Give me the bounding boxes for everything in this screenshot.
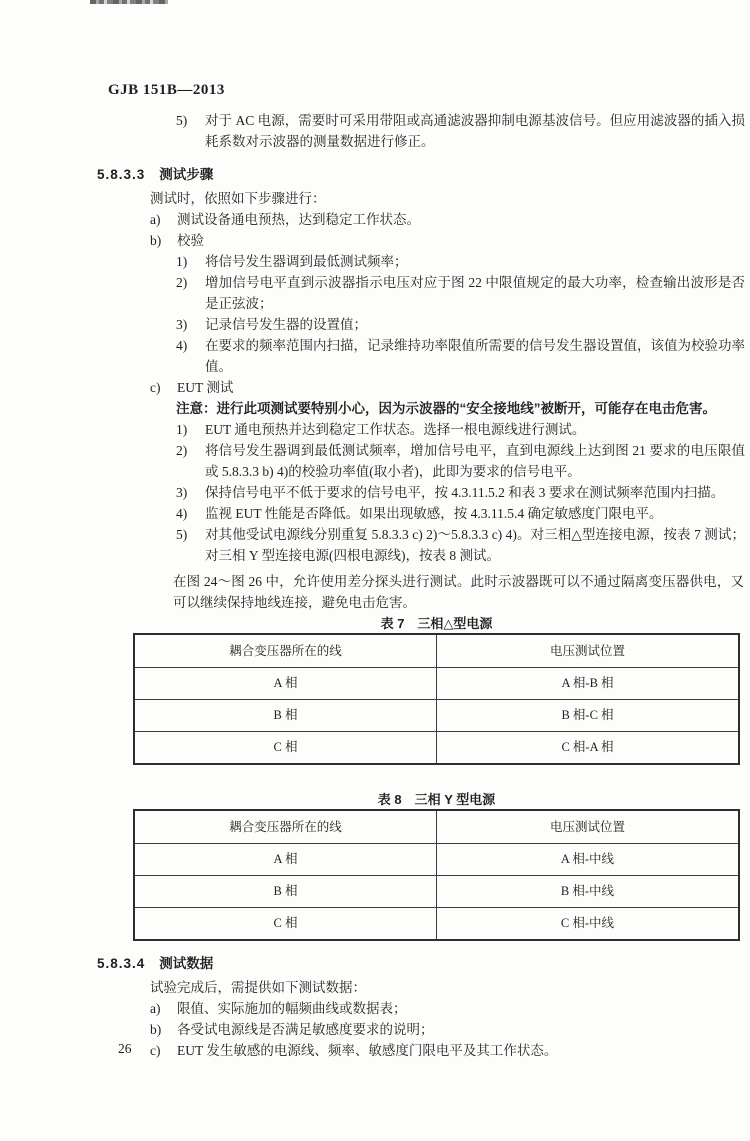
table-cell: C 相-A 相 [437,732,740,765]
list-item-text: 测试设备通电预热，达到稳定工作状态。 [177,209,750,230]
list-item-text: 监视 EUT 性能是否降低。如果出现敏感，按 4.3.11.5.4 确定敏感度门… [205,503,750,524]
list-marker: b) [150,230,177,251]
page-body: 5) 对于 AC 电源，需要时可采用带阻或高通滤波器抑制电源基波信号。但应用滤波… [0,0,750,1061]
list-marker: c) [150,377,177,398]
closing-paragraph: 在图 24～图 26 中，允许使用差分探头进行测试。此时示波器既可以不通过隔离变… [0,571,750,613]
table-cell: A 相-B 相 [437,668,740,700]
list-item-text: 保持信号电平不低于要求的信号电平，按 4.3.11.5.2 和表 3 要求在测试… [205,482,750,503]
data-item-a: a) 限值、实际施加的幅频曲线或数据表； [0,998,750,1019]
eut-step-1: 1) EUT 通电预热并达到稳定工作状态。选择一根电源线进行测试。 [0,419,750,440]
eut-step-5: 5) 对其他受试电源线分别重复 5.8.3.3 c) 2)～5.8.3.3 c)… [0,524,750,566]
list-item-text: EUT 发生敏感的电源线、频率、敏感度门限电平及其工作状态。 [177,1040,750,1061]
list-item-b: b) 校验 [0,230,750,251]
list-item-text: 增加信号电平直到示波器指示电压对应于图 22 中限值规定的最大功率，检查输出波形… [205,272,750,314]
list-item-text: 对于 AC 电源，需要时可采用带阻或高通滤波器抑制电源基波信号。但应用滤波器的插… [205,110,750,152]
list-marker: 1) [176,419,205,440]
table-header-cell: 电压测试位置 [437,810,740,844]
table-header-row: 耦合变压器所在的线 电压测试位置 [134,810,739,844]
list-item-5-carryover: 5) 对于 AC 电源，需要时可采用带阻或高通滤波器抑制电源基波信号。但应用滤波… [0,110,750,152]
list-item-text: 对其他受试电源线分别重复 5.8.3.3 c) 2)～5.8.3.3 c) 4)… [205,524,750,566]
table-cell: B 相 [134,876,437,908]
calibration-step-1: 1) 将信号发生器调到最低测试频率； [0,251,750,272]
table-row: A 相 A 相-B 相 [134,668,739,700]
table8-caption: 表 8 三相 Y 型电源 [133,789,740,809]
safety-warning-note: 注意：进行此项测试要特别小心，因为示波器的“安全接地线”被断开，可能存在电击危害… [0,398,750,419]
list-marker: 2) [176,440,205,482]
list-item-text: 将信号发生器调到最低测试频率； [205,251,750,272]
list-marker: 5) [176,524,205,566]
list-marker: 4) [176,503,205,524]
table-header-cell: 耦合变压器所在的线 [134,810,437,844]
list-marker: 3) [176,314,205,335]
list-marker: 4) [176,335,205,377]
list-item-text: 限值、实际施加的幅频曲线或数据表； [177,998,750,1019]
list-item-a: a) 测试设备通电预热，达到稳定工作状态。 [0,209,750,230]
list-marker: 2) [176,272,205,314]
table-cell: A 相 [134,844,437,876]
table7-caption: 表 7 三相△型电源 [133,613,740,633]
list-item-c: c) EUT 测试 [0,377,750,398]
data-item-b: b) 各受试电源线是否满足敏感度要求的说明； [0,1019,750,1040]
table-row: C 相 C 相-中线 [134,908,739,941]
table-header-cell: 耦合变压器所在的线 [134,634,437,668]
list-marker: 5) [176,110,205,152]
list-marker: a) [150,998,177,1019]
table-cell: C 相 [134,732,437,765]
calibration-step-2: 2) 增加信号电平直到示波器指示电压对应于图 22 中限值规定的最大功率，检查输… [0,272,750,314]
eut-step-3: 3) 保持信号电平不低于要求的信号电平，按 4.3.11.5.2 和表 3 要求… [0,482,750,503]
section-intro: 试验完成后，需提供如下测试数据： [0,977,750,998]
table-row: B 相 B 相-中线 [134,876,739,908]
section-title: 测试步骤 [159,167,213,182]
table-cell: B 相-C 相 [437,700,740,732]
list-marker: b) [150,1019,177,1040]
table-cell: C 相 [134,908,437,941]
document-page: GJB 151B—2013 5) 对于 AC 电源，需要时可采用带阻或高通滤波器… [0,0,750,1141]
section-intro: 测试时，依照如下步骤进行： [0,188,750,209]
list-marker: 3) [176,482,205,503]
table8-wye-power: 耦合变压器所在的线 电压测试位置 A 相 A 相-中线 B 相 B 相-中线 C… [133,809,740,941]
table7-delta-power: 耦合变压器所在的线 电压测试位置 A 相 A 相-B 相 B 相 B 相-C 相… [133,633,740,765]
data-item-c: c) EUT 发生敏感的电源线、频率、敏感度门限电平及其工作状态。 [0,1040,750,1061]
table-cell: B 相 [134,700,437,732]
list-item-text: 记录信号发生器的设置值； [205,314,750,335]
table-cell: A 相 [134,668,437,700]
calibration-step-4: 4) 在要求的频率范围内扫描，记录维持功率限值所需要的信号发生器设置值，该值为校… [0,335,750,377]
eut-step-2: 2) 将信号发生器调到最低测试频率，增加信号电平，直到电源线上达到图 21 要求… [0,440,750,482]
list-marker: a) [150,209,177,230]
table-row: B 相 B 相-C 相 [134,700,739,732]
list-item-text: 在要求的频率范围内扫描，记录维持功率限值所需要的信号发生器设置值，该值为校验功率… [205,335,750,377]
list-item-text: 各受试电源线是否满足敏感度要求的说明； [177,1019,750,1040]
section-number: 5.8.3.4 [97,956,145,971]
list-marker: 1) [176,251,205,272]
list-item-text: EUT 通电预热并达到稳定工作状态。选择一根电源线进行测试。 [205,419,750,440]
table-row: A 相 A 相-中线 [134,844,739,876]
table-header-cell: 电压测试位置 [437,634,740,668]
list-item-text: EUT 测试 [177,377,750,398]
calibration-step-3: 3) 记录信号发生器的设置值； [0,314,750,335]
list-item-text: 校验 [177,230,750,251]
list-item-text: 将信号发生器调到最低测试频率，增加信号电平，直到电源线上达到图 21 要求的电压… [205,440,750,482]
table-row: C 相 C 相-A 相 [134,732,739,765]
section-number: 5.8.3.3 [97,167,145,182]
section-heading-5-8-3-4: 5.8.3.4测试数据 [0,953,750,974]
eut-step-4: 4) 监视 EUT 性能是否降低。如果出现敏感，按 4.3.11.5.4 确定敏… [0,503,750,524]
table-cell: C 相-中线 [437,908,740,941]
table-cell: A 相-中线 [437,844,740,876]
page-number: 26 [118,1038,132,1059]
section-title: 测试数据 [159,956,213,971]
table-cell: B 相-中线 [437,876,740,908]
table-header-row: 耦合变压器所在的线 电压测试位置 [134,634,739,668]
section-heading-5-8-3-3: 5.8.3.3测试步骤 [0,164,750,185]
list-marker: c) [150,1040,177,1061]
